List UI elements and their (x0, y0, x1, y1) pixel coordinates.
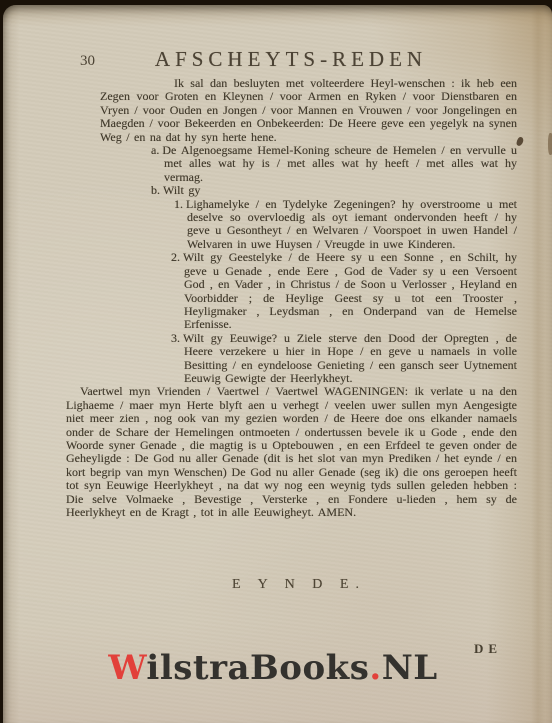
catchword: DE (474, 641, 502, 657)
list-item-text: De Algenoegsame Hemel-Koning scheure de … (162, 143, 517, 184)
book-photo: 30 AFSCHEYTS-REDEN Ik sal dan besluyten … (0, 0, 552, 723)
list-item-3: 3.Wilt gy Eeuwige? u Ziele sterve den Do… (171, 332, 517, 386)
intro-paragraph: Ik sal dan besluyten met volteerdere Hey… (100, 77, 517, 144)
list-item-label: 2. (171, 250, 183, 264)
list-item-text: Wilt gy (163, 183, 200, 197)
list-item-2: 2.Wilt gy Geestelyke / de Heere sy u een… (171, 251, 517, 331)
ink-speck (516, 136, 524, 146)
running-title: AFSCHEYTS-REDEN (155, 47, 427, 72)
list-item-label: 1. (174, 197, 186, 211)
list-item-b: b.Wilt gy (151, 184, 517, 197)
list-item-label: b. (151, 183, 163, 197)
list-item-text: Lighamelyke / en Tydelyke Zegeningen? hy… (186, 197, 517, 251)
watermark-tld: NL (382, 648, 438, 688)
closing-paragraph: Vaertwel myn Vrienden / Vaertwel / Vaert… (66, 385, 517, 519)
watermark-dot: . (369, 648, 381, 688)
list-item-1: 1.Lighamelyke / en Tydelyke Zegeningen? … (174, 198, 517, 252)
list-item-label: 3. (171, 331, 183, 345)
body-text: Ik sal dan besluyten met volteerdere Hey… (66, 77, 517, 519)
book-page: 30 AFSCHEYTS-REDEN Ik sal dan besluyten … (3, 5, 552, 723)
watermark-initial: W (108, 648, 146, 688)
edge-stain (548, 133, 552, 155)
page-number: 30 (80, 53, 95, 70)
list-item-text: Wilt gy Geestelyke / de Heere sy u een S… (183, 250, 517, 331)
list-item-text: Wilt gy Eeuwige? u Ziele sterve den Dood… (183, 331, 517, 385)
list-item-label: a. (151, 143, 162, 157)
list-item-a: a.De Algenoegsame Hemel-Koning scheure d… (151, 144, 517, 184)
page-crease (531, 5, 545, 723)
watermark-name: ilstraBooks (146, 648, 369, 688)
ending-mark: E Y N D E. (232, 577, 366, 593)
bookseller-watermark: WilstraBooks.NL (108, 648, 437, 688)
